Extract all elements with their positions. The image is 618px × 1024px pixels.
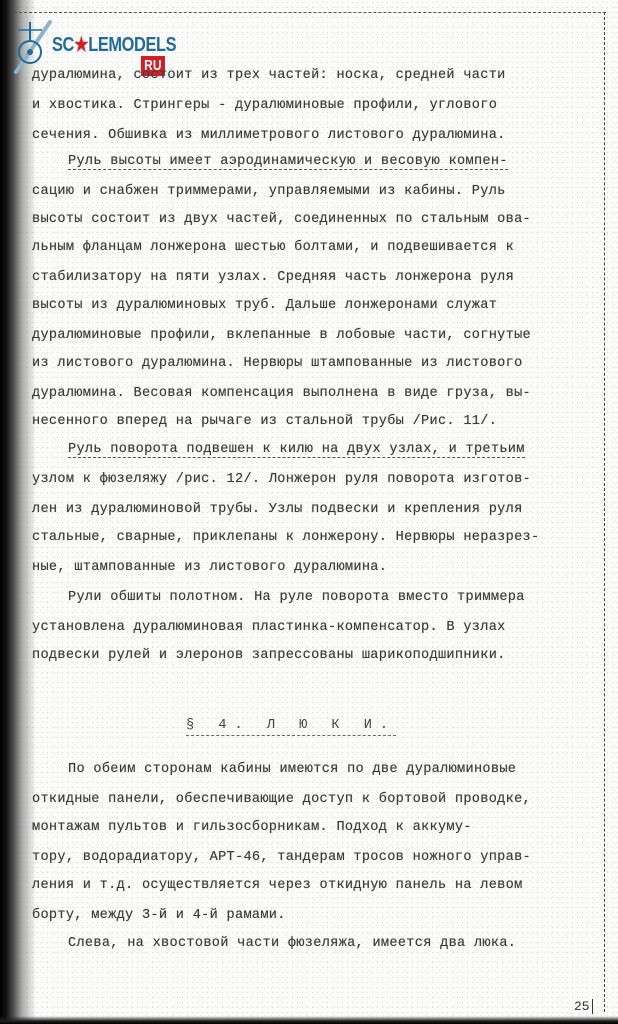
text-line: и хвостика. Стрингеры - дуралюминовые пр… [32, 96, 497, 116]
paragraph-start-line: По обеим сторонам кабины имеются по две … [32, 760, 516, 780]
text-line: стабилизатору на пяти узлах. Средняя час… [32, 268, 514, 288]
scan-shadow-left [0, 0, 36, 1024]
text-line: подвески рулей и элеронов запрессованы ш… [32, 646, 506, 666]
text-line: дуралюмина. Весовая компенсация выполнен… [32, 384, 531, 404]
text-line: высоты из дуралюминовых труб. Дальше лон… [32, 296, 497, 316]
text-line: льным фланцам лонжерона шестью болтами, … [32, 238, 514, 258]
red-star-icon: ★ [74, 34, 88, 56]
text-line: стальные, сварные, приклепаны к лонжерон… [32, 528, 539, 548]
text-line: сечения. Обшивка из миллиметрового листо… [32, 126, 506, 146]
page-border-right [604, 12, 605, 1012]
text-line: откидные панели, обеспечивающие доступ к… [32, 790, 531, 810]
paragraph-start-line: Руль поворота подвешен к килю на двух уз… [32, 440, 525, 460]
underlined-term: Руль поворота подвешен к килю на двух уз… [68, 442, 525, 458]
paragraph-start-line: Руль высоты имеет аэродинамическую и вес… [32, 152, 508, 172]
paragraph-start-line: Рули обшиты полотном. На руле поворота в… [32, 588, 525, 608]
text-line: борту, между 3-й и 4-й рамами. [32, 906, 286, 926]
paragraph-start-line: Слева, на хвостовой части фюзеляжа, имее… [32, 934, 516, 954]
text-line: узлом к фюзеляжу /рис. 12/. Лонжерон рул… [32, 470, 531, 490]
section-heading: § 4. Л Ю К И. [186, 718, 396, 736]
page-border-top [14, 12, 606, 13]
page-number: 25 [574, 999, 593, 1014]
watermark-brand-text: SC★LEMODELS [52, 32, 176, 57]
text-line: несенного вперед на рычаге из стальной т… [32, 412, 497, 432]
text-line: высоты состоит из двух частей, соединенн… [32, 210, 531, 230]
text-line: сацию и снабжен триммерами, управляемыми… [32, 182, 506, 202]
text-line: тору, водорадиатору, АРТ-46, тандерам тр… [32, 848, 531, 868]
scan-shadow-bottom [0, 1016, 618, 1024]
text-line: ные, штампованные из листового дуралюмин… [32, 558, 387, 578]
text-line: установлена дуралюминовая пластинка-комп… [32, 618, 506, 638]
text-line: из листового дуралюмина. Нервюры штампов… [32, 354, 523, 374]
underlined-term: Руль высоты имеет аэродинамическую и вес… [68, 154, 508, 170]
text-line: лен из дуралюминовой трубы. Узлы подвеск… [32, 500, 523, 520]
text-line: ления и т.д. осуществляется через откидн… [32, 876, 523, 896]
text-line: дуралюмина, состоит из трех частей: носк… [32, 66, 506, 86]
text-line: монтажам пультов и гильзосборникам. Подх… [32, 818, 472, 838]
document-page: SC★LEMODELS RU дуралюмина, состоит из тр… [0, 0, 618, 1024]
text-line: дуралюминовые профили, вклепанные в лобо… [32, 326, 531, 346]
